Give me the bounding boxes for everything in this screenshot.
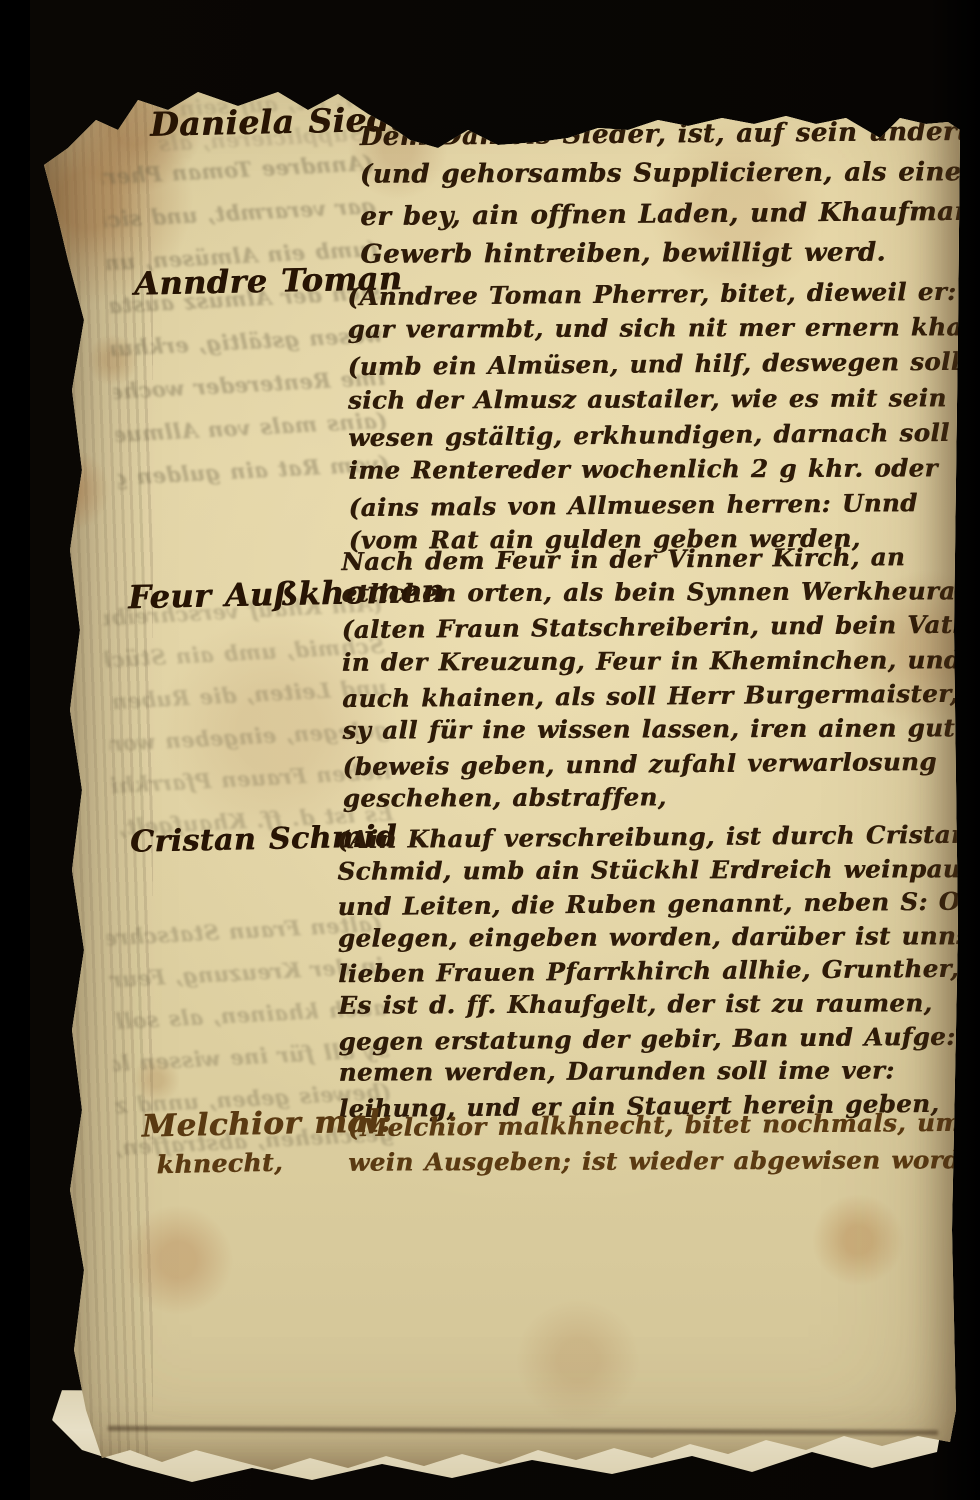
manuscript-photo: 23 Dem Daniels Sieder, ist, auf sein und… <box>0 0 980 1500</box>
vignette-shading <box>38 30 962 1478</box>
manuscript-page: 23 Dem Daniels Sieder, ist, auf sein und… <box>38 30 962 1478</box>
folio-number: 23 <box>157 45 219 102</box>
